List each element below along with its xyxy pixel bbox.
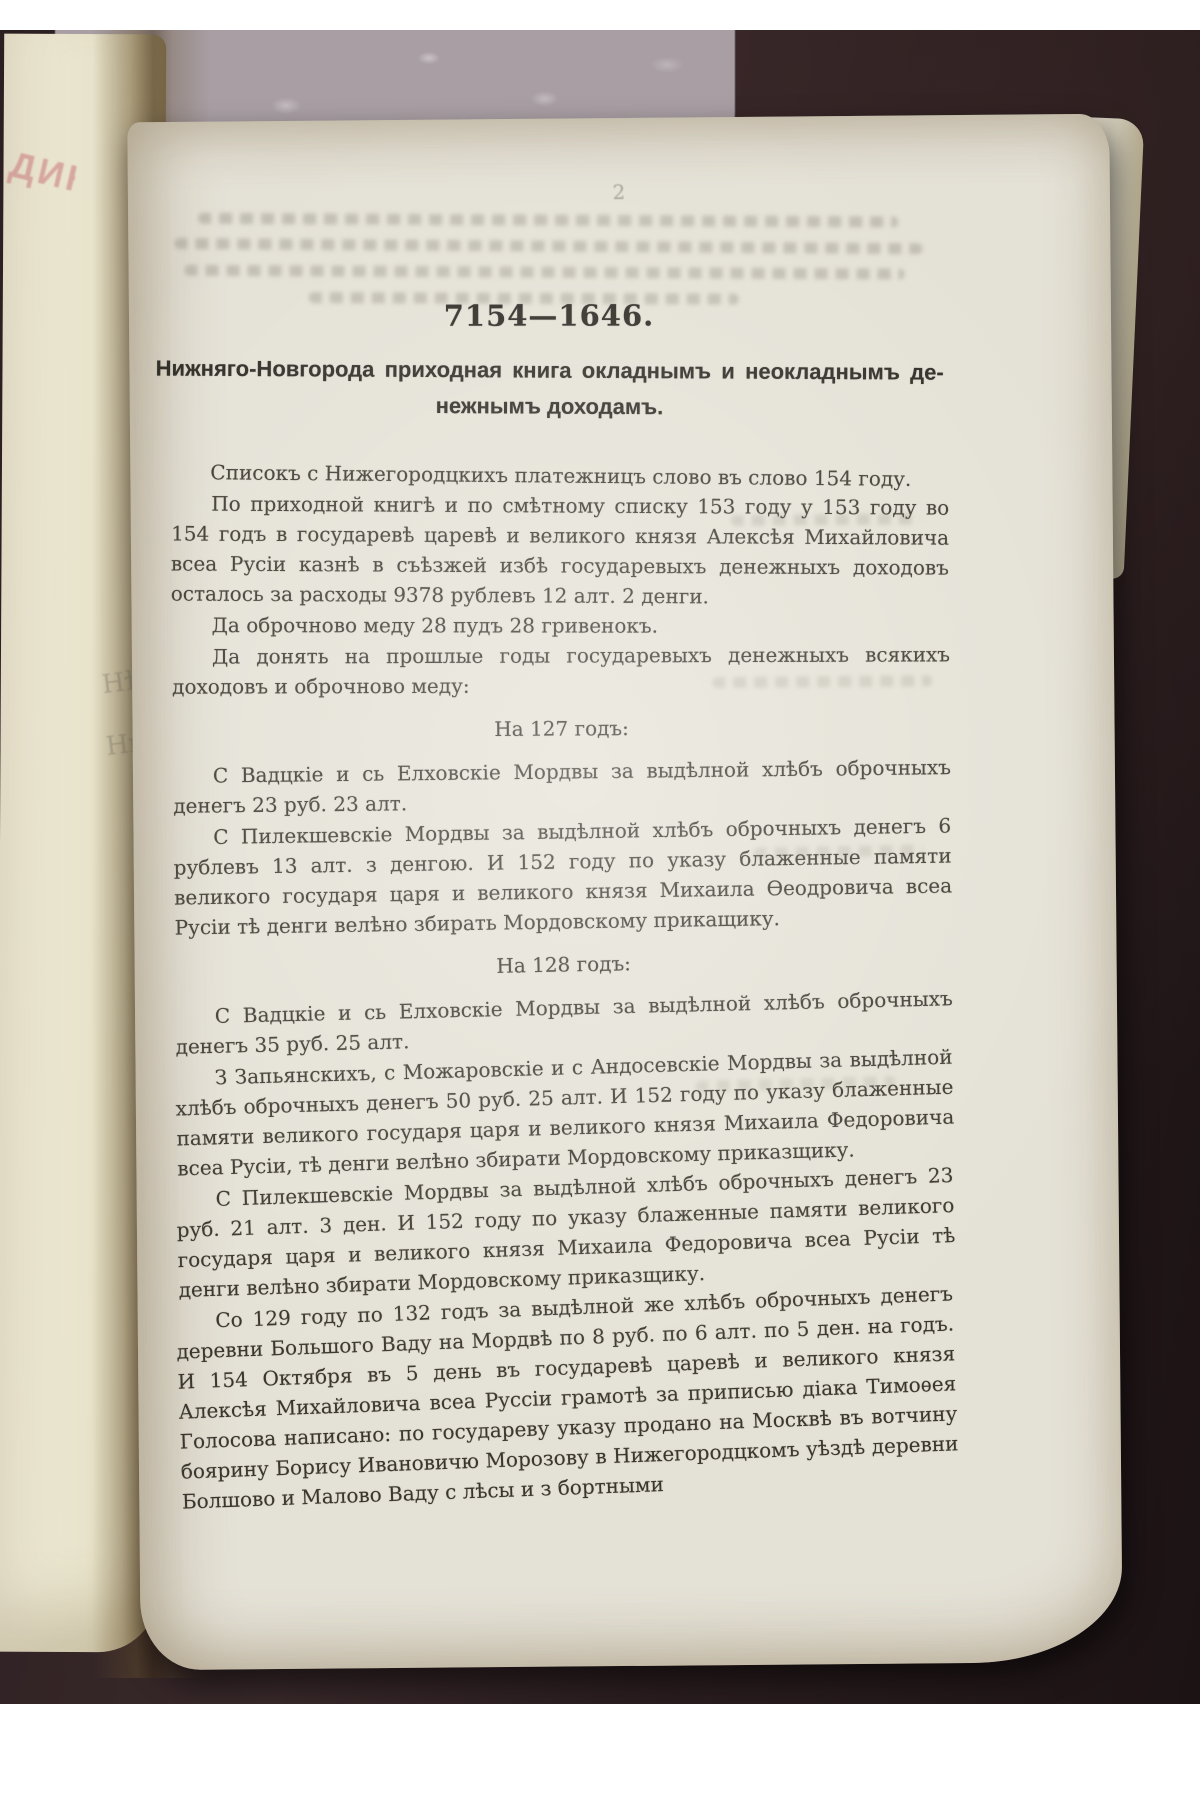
- paragraph: Со 129 году по 132 годъ за выдѣлной же х…: [175, 1278, 960, 1516]
- page-content: 2 7154—1646. Нижняго-Новгорода приходная…: [127, 114, 1122, 1671]
- paragraph: С Вадцкіе и сь Елховскіе Мордвы за выдѣл…: [173, 752, 952, 821]
- showthrough-text: [174, 238, 922, 254]
- heading-line-1: Нижняго-Новгорода приходная книга окладн…: [156, 353, 944, 388]
- showthrough-text: [185, 265, 905, 280]
- showthrough-text: [198, 213, 898, 228]
- heading-line-2: нежнымъ доходамъ.: [155, 389, 943, 424]
- document-heading: Нижняго-Новгорода приходная книга окладн…: [155, 353, 943, 424]
- paragraph: Да оброчново меду 28 пудъ 28 гривенокъ.: [172, 610, 950, 641]
- book-page: 2 7154—1646. Нижняго-Новгорода приходная…: [127, 114, 1122, 1671]
- paragraph: З Запьянскихъ, с Можаровскіе и с Андосев…: [174, 1042, 955, 1184]
- section-heading: На 128 годъ:: [174, 942, 952, 987]
- section-heading: На 127 годъ:: [172, 711, 950, 747]
- page-number: 2: [128, 176, 1110, 209]
- paragraph: Да донять на прошлые годы государевыхъ д…: [172, 639, 950, 701]
- stamp-fragment: ДИНО: [0, 143, 80, 252]
- paragraph: С Пилекшевскіе Мордвы за выдѣлной хлѣбъ …: [173, 811, 953, 943]
- document-title: 7154—1646.: [169, 298, 929, 333]
- paragraph: По приходной книгѣ и по смѣтному списку …: [171, 488, 950, 612]
- page-paragraphs: Списокъ с Нижегородцкихъ платежницъ слов…: [170, 457, 957, 1506]
- book-photo: ДИНО Нѣ Нь 2 7154—1646. Нижняго-Новгород…: [0, 30, 1200, 1704]
